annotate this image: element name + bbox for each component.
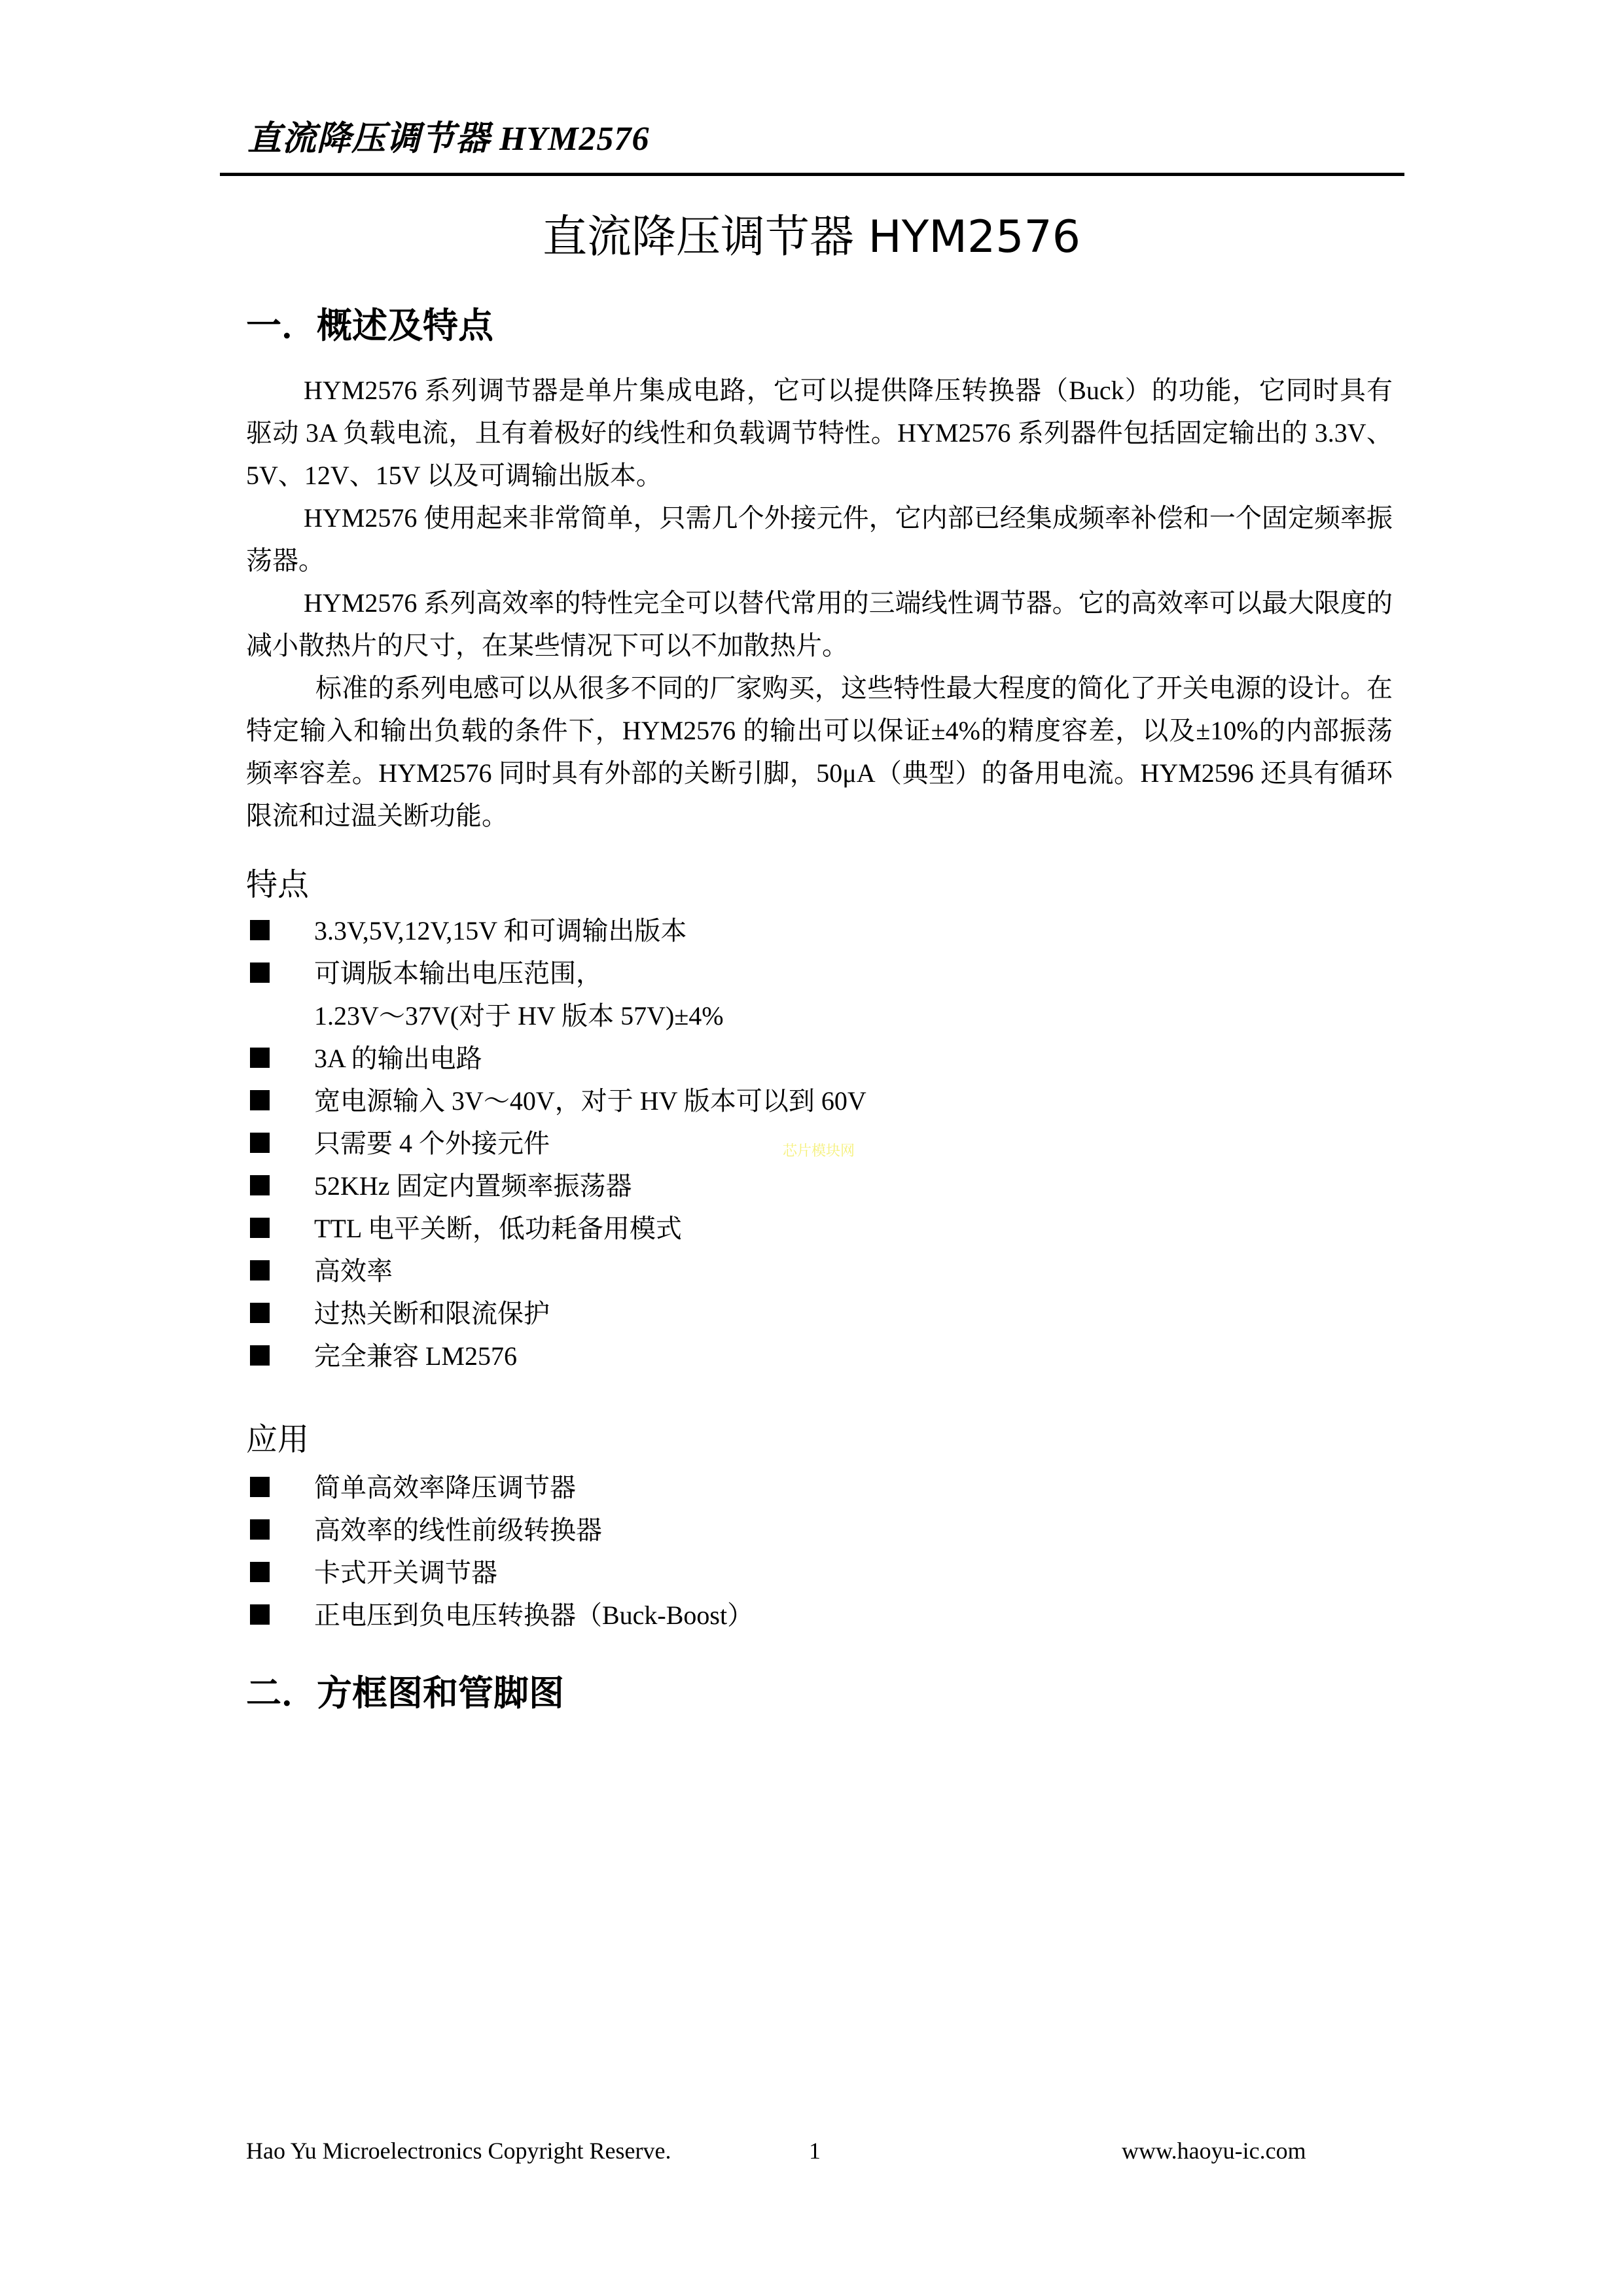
list-item: 宽电源输入 3V～40V，对于 HV 版本可以到 60V (246, 1080, 866, 1122)
section-heading-overview: 一．概述及特点 (246, 303, 493, 349)
square-bullet-icon (250, 963, 270, 983)
square-bullet-icon (250, 1090, 270, 1110)
running-header: 直流降压调节器 HYM2576 (247, 116, 649, 162)
page-number: 1 (809, 2134, 821, 2167)
paragraph: HYM2576 系列调节器是单片集成电路，它可以提供降压转换器（Buck）的功能… (246, 369, 1393, 497)
section-heading-block-diagram: 二．方框图和管脚图 (246, 1670, 564, 1716)
square-bullet-icon (250, 1048, 270, 1068)
list-item: 高效率的线性前级转换器 (246, 1509, 753, 1551)
list-item-continuation: 1.23V～37V(对于 HV 版本 57V)±4% (246, 995, 866, 1037)
features-heading: 特点 (246, 864, 309, 906)
list-item: 3A 的输出电路 (246, 1037, 866, 1080)
square-bullet-icon (250, 1175, 270, 1195)
square-bullet-icon (250, 1604, 270, 1625)
applications-list: 简单高效率降压调节器 高效率的线性前级转换器 卡式开关调节器 正电压到负电压转换… (246, 1466, 753, 1636)
list-item: TTL 电平关断，低功耗备用模式 (246, 1207, 866, 1250)
paragraph: 标准的系列电感可以从很多不同的厂家购买，这些特性最大程度的简化了开关电源的设计。… (246, 667, 1393, 837)
square-bullet-icon (250, 1133, 270, 1153)
square-bullet-icon (250, 920, 270, 940)
square-bullet-icon (250, 1218, 270, 1238)
paragraph: HYM2576 使用起来非常简单，只需几个外接元件，它内部已经集成频率补偿和一个… (246, 497, 1393, 582)
watermark: 芯片模块网 (783, 1140, 855, 1160)
list-item: 过热关断和限流保护 (246, 1292, 866, 1335)
paragraph: HYM2576 系列高效率的特性完全可以替代常用的三端线性调节器。它的高效率可以… (246, 582, 1393, 667)
list-item: 正电压到负电压转换器（Buck-Boost） (246, 1594, 753, 1636)
square-bullet-icon (250, 1562, 270, 1582)
list-item: 3.3V,5V,12V,15V 和可调输出版本 (246, 910, 866, 952)
footer-copyright: Hao Yu Microelectronics Copyright Reserv… (246, 2134, 671, 2167)
applications-heading: 应用 (246, 1419, 309, 1460)
header-rule (220, 173, 1404, 176)
list-item: 只需要 4 个外接元件 (246, 1122, 866, 1165)
list-item: 卡式开关调节器 (246, 1551, 753, 1594)
page-footer: Hao Yu Microelectronics Copyright Reserv… (246, 2134, 1325, 2167)
list-item: 52KHz 固定内置频率振荡器 (246, 1165, 866, 1207)
document-title: 直流降压调节器 HYM2576 (0, 208, 1623, 267)
list-item: 高效率 (246, 1250, 866, 1292)
footer-website-link[interactable]: www.haoyu-ic.com (1122, 2134, 1306, 2167)
features-list: 3.3V,5V,12V,15V 和可调输出版本 可调版本输出电压范围， 1.23… (246, 910, 866, 1377)
overview-body: HYM2576 系列调节器是单片集成电路，它可以提供降压转换器（Buck）的功能… (246, 369, 1393, 837)
square-bullet-icon (250, 1519, 270, 1540)
square-bullet-icon (250, 1345, 270, 1366)
square-bullet-icon (250, 1477, 270, 1497)
document-page: 直流降压调节器 HYM2576 直流降压调节器 HYM2576 一．概述及特点 … (0, 0, 1623, 2296)
list-item: 完全兼容 LM2576 (246, 1335, 866, 1377)
list-item: 可调版本输出电压范围， (246, 952, 866, 995)
square-bullet-icon (250, 1303, 270, 1323)
list-item: 简单高效率降压调节器 (246, 1466, 753, 1509)
square-bullet-icon (250, 1260, 270, 1280)
